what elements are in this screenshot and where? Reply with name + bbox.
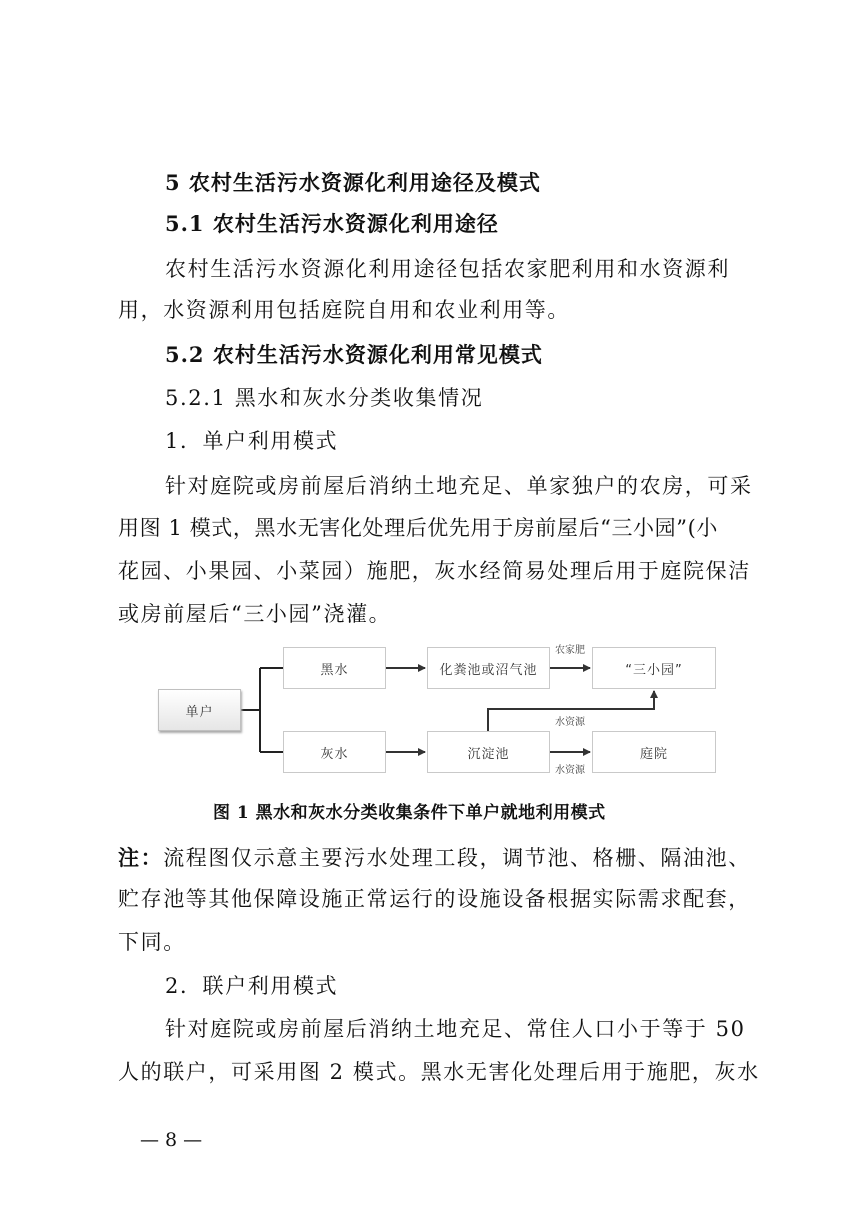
node-courtyard: 庭院 — [592, 731, 716, 773]
node-septic-or-biogas: 化粪池或沼气池 — [427, 647, 550, 689]
edge-label-water-up: 水资源 — [555, 713, 585, 728]
note-text: 流程图仅示意主要污水处理工段，调节池、格栅、隔油池、 — [163, 846, 751, 870]
paragraph-line: 人的联户，可采用图 2 模式。黑水无害化处理后用于施肥，灰水 — [118, 1060, 760, 1084]
heading-section-5: 5 农村生活污水资源化利用途径及模式 — [165, 171, 541, 195]
paragraph-line: 或房前屋后“三小园”浇灌。 — [118, 602, 391, 626]
node-household: 单户 — [158, 689, 241, 731]
paragraph-line: 用图 1 模式，黑水无害化处理后优先用于房前屋后“三小园”(小 — [118, 516, 718, 540]
heading-section-5-2-1: 5.2.1 黑水和灰水分类收集情况 — [165, 386, 483, 410]
list-item-title-2: 2．联户利用模式 — [165, 974, 338, 998]
heading-section-5-1: 5.1 农村生活污水资源化利用途径 — [165, 212, 499, 236]
note-line: 贮存池等其他保障设施正常运行的设施设备根据实际需求配套， — [118, 887, 751, 911]
paragraph-line: 用，水资源利用包括庭院自用和农业利用等。 — [118, 298, 570, 322]
figure-caption: 图 1 黑水和灰水分类收集条件下单户就地利用模式 — [213, 798, 606, 823]
node-sedimentation: 沉淀池 — [427, 731, 550, 773]
paragraph-line: 花园、小果园、小菜园）施肥，灰水经简易处理后用于庭院保洁 — [118, 559, 751, 583]
edge-label-manure: 农家肥 — [555, 641, 585, 656]
node-three-gardens: “三小园” — [592, 647, 716, 689]
note-label: 注： — [118, 845, 163, 870]
heading-section-5-2: 5.2 农村生活污水资源化利用常见模式 — [165, 343, 543, 367]
node-blackwater: 黑水 — [283, 647, 386, 689]
node-greywater: 灰水 — [283, 731, 386, 773]
paragraph-line: 针对庭院或房前屋后消纳土地充足、常住人口小于等于 50 — [165, 1017, 746, 1041]
paragraph-line: 农村生活污水资源化利用途径包括农家肥利用和水资源利 — [165, 257, 730, 281]
list-item-title-1: 1．单户利用模式 — [165, 429, 338, 453]
edge-label-water-right: 水资源 — [555, 761, 585, 776]
paragraph-line: 针对庭院或房前屋后消纳土地充足、单家独户的农房，可采 — [165, 474, 753, 498]
page-number: — 8 — — [140, 1129, 202, 1151]
note-line: 注：流程图仅示意主要污水处理工段，调节池、格栅、隔油池、 — [118, 846, 751, 870]
note-line: 下同。 — [118, 930, 186, 954]
